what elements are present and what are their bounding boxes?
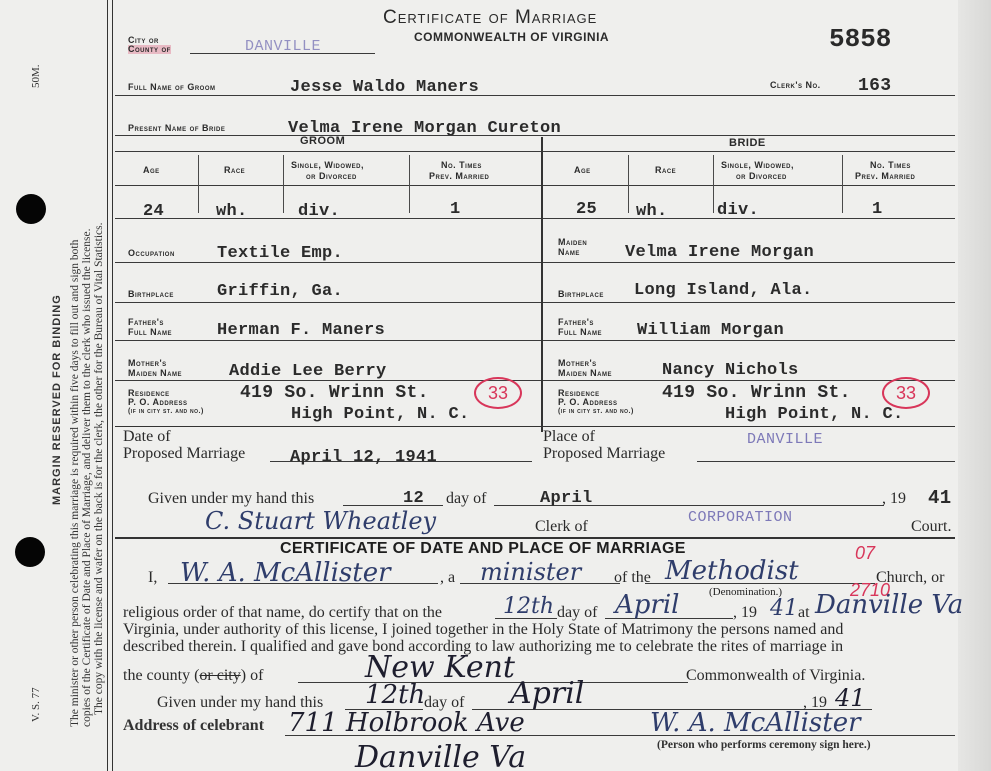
clerk-year: 41 <box>928 487 951 509</box>
marriage-certificate: 50M. V. S. 77 MARGIN RESERVED FOR BINDIN… <box>0 0 991 771</box>
county-label: the county (or city) of <box>123 667 263 685</box>
i-label: I, <box>148 569 157 587</box>
col-prev-2: Prev. Married <box>429 172 489 181</box>
bride-age: 25 <box>576 200 597 219</box>
row-line <box>115 135 955 136</box>
column-divider <box>409 155 410 213</box>
page-edge <box>958 0 991 771</box>
ceremony-month: April <box>615 590 679 620</box>
row-line <box>115 302 541 303</box>
table-line <box>115 185 955 186</box>
ceremony-place: Danville Va <box>815 590 963 620</box>
ceremony-day-of: day of <box>557 604 597 622</box>
celebrant-signature: W. A. McAllister <box>650 708 861 738</box>
father-label-1: Father's <box>558 318 594 327</box>
residence-label-3: (if in city st. and no.) <box>558 408 634 415</box>
page-subtitle: Commonwealth of Virginia <box>414 30 609 44</box>
county-label-a: the county ( <box>123 667 199 684</box>
bride-name-label: Present Name of Bride <box>128 124 225 133</box>
margin-instructions-3: The copy with the license and wafer on t… <box>93 223 105 715</box>
column-divider <box>198 155 199 213</box>
groom-residence-2: High Point, N. C. <box>291 405 470 424</box>
groom-name-label: Full Name of Groom <box>128 83 216 92</box>
groom-occupation: Textile Emp. <box>217 244 343 263</box>
celebrant-name: W. A. McAllister <box>180 558 391 588</box>
at-label: at <box>798 604 810 622</box>
maiden-label-2: Name <box>558 248 580 257</box>
bride-residence-1: 419 So. Wrinn St. <box>662 383 851 403</box>
ceremony-year: 41 <box>770 596 798 621</box>
section-line <box>115 537 955 539</box>
clerk-no-label: Clerk's No. <box>770 81 821 90</box>
ceremony-day: 12th <box>503 594 554 619</box>
margin-instructions-2: copies of the Certificate of Date and Pl… <box>81 229 93 727</box>
residence-label-3: (if in city st. and no.) <box>128 408 204 415</box>
col-age: Age <box>574 166 591 175</box>
row-line <box>543 302 955 303</box>
groom-father: Herman F. Maners <box>217 321 385 340</box>
place-label-2: Proposed Marriage <box>543 445 665 463</box>
bride-residence-2: High Point, N. C. <box>725 405 904 424</box>
col-status-1: Single, Widowed, <box>721 161 794 170</box>
of-the-label: of the <box>614 569 651 587</box>
date-label-1: Date of <box>123 428 171 446</box>
denomination: Methodist <box>665 556 799 586</box>
signature-note: (Person who performs ceremony sign here.… <box>657 739 871 751</box>
punch-hole <box>16 194 46 224</box>
place-label-1: Place of <box>543 428 595 446</box>
groom-birthplace: Griffin, Ga. <box>217 282 343 301</box>
father-label-2: Full Name <box>558 328 602 337</box>
clerk-of-label: Clerk of <box>535 518 588 536</box>
address-label: Address of celebrant <box>123 717 264 735</box>
groom-age: 24 <box>143 202 164 221</box>
celebrant-title: minister <box>480 558 581 586</box>
celebrant-address-1: 711 Holbrook Ave <box>288 708 525 738</box>
groom-mother: Addie Lee Berry <box>229 362 387 381</box>
bride-mother: Nancy Nichols <box>662 361 799 380</box>
center-divider <box>541 137 543 432</box>
row-line <box>115 95 955 96</box>
celebrant-address-2: Danville Va <box>355 740 526 771</box>
clerk-day: 12 <box>403 489 424 508</box>
clerk-no-value: 163 <box>858 76 891 96</box>
ceremony-text-2: Virginia, under authority of this licens… <box>123 621 843 639</box>
groom-code-circle: 33 <box>474 377 522 409</box>
proposed-date: April 12, 1941 <box>290 448 437 467</box>
date-label-2: Proposed Marriage <box>123 445 245 463</box>
form-count: 50M. <box>30 64 42 88</box>
clerk-signature: C. Stuart Wheatley <box>205 507 436 535</box>
father-label-2: Full Name <box>128 328 172 337</box>
city-county-value: DANVILLE <box>245 38 321 55</box>
birthplace-label: Birthplace <box>558 290 604 299</box>
underline <box>697 461 955 462</box>
groom-race: wh. <box>216 202 248 221</box>
residence-label-2: P. O. Address <box>558 398 618 407</box>
ceremony-heading: CERTIFICATE OF DATE AND PLACE OF MARRIAG… <box>280 540 686 558</box>
mother-label-2: Maiden Name <box>558 369 612 378</box>
row-line <box>115 340 541 341</box>
commonwealth-label: Commonwealth of Virginia. <box>686 667 865 685</box>
residence-label-2: P. O. Address <box>128 398 188 407</box>
col-status-1: Single, Widowed, <box>291 161 364 170</box>
given-month: April <box>510 676 584 711</box>
county-label-strike: or city <box>199 667 240 684</box>
col-prev-1: No. Times <box>870 161 911 170</box>
groom-prev-married: 1 <box>450 200 461 219</box>
bride-status: div. <box>717 201 759 220</box>
underline <box>343 505 443 506</box>
clerk-day-of: day of <box>446 490 486 508</box>
mother-label-1: Mother's <box>558 359 597 368</box>
col-race: Race <box>655 166 676 175</box>
ceremony-text-1: religious order of that name, do certify… <box>123 604 442 622</box>
row-line <box>543 340 955 341</box>
bride-maiden-name: Velma Irene Morgan <box>625 243 814 262</box>
bride-prev-married: 1 <box>872 200 883 219</box>
red-mark-1: 07 <box>855 543 875 564</box>
col-race: Race <box>224 166 245 175</box>
row-line <box>115 380 541 381</box>
column-divider <box>283 155 284 213</box>
certificate-number: 5858 <box>829 24 891 54</box>
column-divider <box>842 155 843 213</box>
given-day: 12th <box>365 680 425 710</box>
col-prev-2: Prev. Married <box>855 172 915 181</box>
a-label: , a <box>440 569 455 587</box>
father-label-1: Father's <box>128 318 164 327</box>
maiden-label-1: Maiden <box>558 238 587 247</box>
col-status-2: or Divorced <box>736 172 787 181</box>
groom-residence-1: 419 So. Wrinn St. <box>240 383 429 403</box>
column-divider <box>713 155 714 213</box>
margin-instructions-1: The minister or other person celebrating… <box>69 240 81 727</box>
page-title: Certificate of Marriage <box>383 7 597 29</box>
bride-birthplace: Long Island, Ala. <box>634 281 813 300</box>
form-id: V. S. 77 <box>30 687 42 722</box>
county-label-b: ) of <box>241 667 264 684</box>
table-line <box>115 151 955 152</box>
occupation-label: Occupation <box>128 249 175 258</box>
clerk-month: April <box>540 489 593 508</box>
section-line <box>115 426 955 427</box>
col-prev-1: No. Times <box>441 161 482 170</box>
groom-heading: GROOM <box>300 135 345 147</box>
proposed-place: DANVILLE <box>747 431 823 448</box>
border-line <box>112 0 113 771</box>
city-county-label-2: County of <box>128 45 171 54</box>
row-line <box>115 262 541 263</box>
bride-race: wh. <box>636 202 668 221</box>
court-label: Court. <box>911 518 951 536</box>
groom-status: div. <box>298 202 340 221</box>
border-line <box>107 0 108 771</box>
ceremony-year-prefix: , 19 <box>733 604 757 622</box>
margin-reserved-label: MARGIN RESERVED FOR BINDING <box>51 294 63 505</box>
bride-heading: BRIDE <box>729 137 766 149</box>
row-line <box>543 262 955 263</box>
mother-label-1: Mother's <box>128 359 167 368</box>
birthplace-label: Birthplace <box>128 290 174 299</box>
column-divider <box>628 155 629 213</box>
mother-label-2: Maiden Name <box>128 369 182 378</box>
court-name: CORPORATION <box>688 509 793 526</box>
col-age: Age <box>143 166 160 175</box>
clerk-year-prefix: , 19 <box>882 490 906 508</box>
clerk-given-text: Given under my hand this <box>148 490 314 508</box>
bride-father: William Morgan <box>637 321 784 340</box>
punch-hole <box>15 537 45 567</box>
col-status-2: or Divorced <box>306 172 357 181</box>
bride-code-circle: 33 <box>882 377 930 409</box>
